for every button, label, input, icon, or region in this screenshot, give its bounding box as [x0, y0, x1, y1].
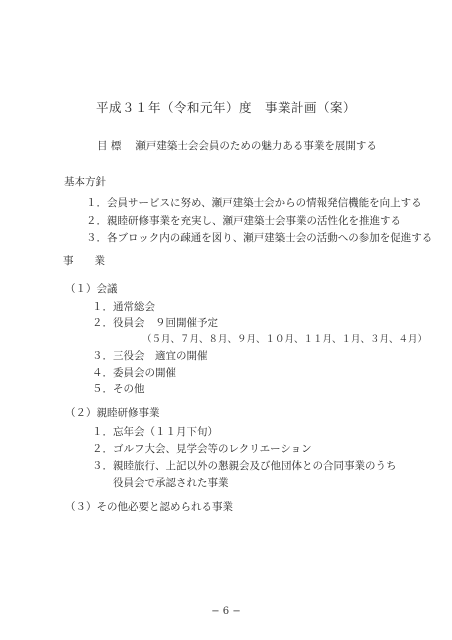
section-other-label: （３）その他必要と認められる事業	[65, 499, 452, 515]
page-number: − 6 −	[0, 605, 452, 619]
section-item: ３．三役会 適宜の開催	[92, 348, 452, 365]
goal-text: 瀬戸建築士会会員のための魅力ある事業を展開する	[135, 140, 377, 152]
section-item: ２．ゴルフ大会、見学会等のレクリエーション	[92, 441, 452, 458]
section-meetings-items: １．通常総会 ２．役員会 ９回開催予定 （５月、７月、８月、９月、１０月、１１月…	[92, 299, 452, 398]
section-fellowship-items: １．忘年会（１１月下旬） ２．ゴルフ大会、見学会等のレクリエーション ３．親睦旅…	[92, 424, 452, 492]
projects-heading: 事 業	[63, 253, 452, 269]
section-item: ５．その他	[92, 381, 452, 398]
section-meetings-label: （１）会議	[65, 281, 452, 297]
months-line: （５月、７月、８月、９月、１０月、１１月、１月、３月、４月）	[142, 332, 452, 349]
goal-line: 目 標瀬戸建築士会会員のための魅力ある事業を展開する	[97, 139, 452, 154]
section-item: ３．親睦旅行、上記以外の懇親会及び他団体との合同事業のうち	[92, 458, 452, 475]
section-item: ２．役員会 ９回開催予定	[92, 315, 452, 332]
policy-heading: 基本方針	[64, 174, 452, 190]
policy-item: １．会員サービスに努め、瀬戸建築士会からの情報発信機能を向上する	[86, 195, 452, 213]
document-page: 平成３１年（令和元年）度 事業計画（案） 目 標瀬戸建築士会会員のための魅力ある…	[0, 0, 452, 640]
section-fellowship-label: （２）親睦研修事業	[65, 405, 452, 421]
policy-item: ３．各ブロック内の疎通を図り、瀬戸建築士会の活動への参加を促進する	[86, 230, 452, 248]
doc-title: 平成３１年（令和元年）度 事業計画（案）	[0, 99, 452, 116]
policy-list: １．会員サービスに努め、瀬戸建築士会からの情報発信機能を向上する ２．親睦研修事…	[86, 195, 452, 248]
policy-item: ２．親睦研修事業を充実し、瀬戸建築士会事業の活性化を推進する	[86, 213, 452, 231]
section-item: １．忘年会（１１月下旬）	[92, 424, 452, 441]
continuation-line: 役員会で承認された事業	[113, 475, 452, 492]
section-item: １．通常総会	[92, 299, 452, 316]
goal-label: 目 標	[97, 140, 121, 152]
section-item: ４．委員会の開催	[92, 365, 452, 382]
